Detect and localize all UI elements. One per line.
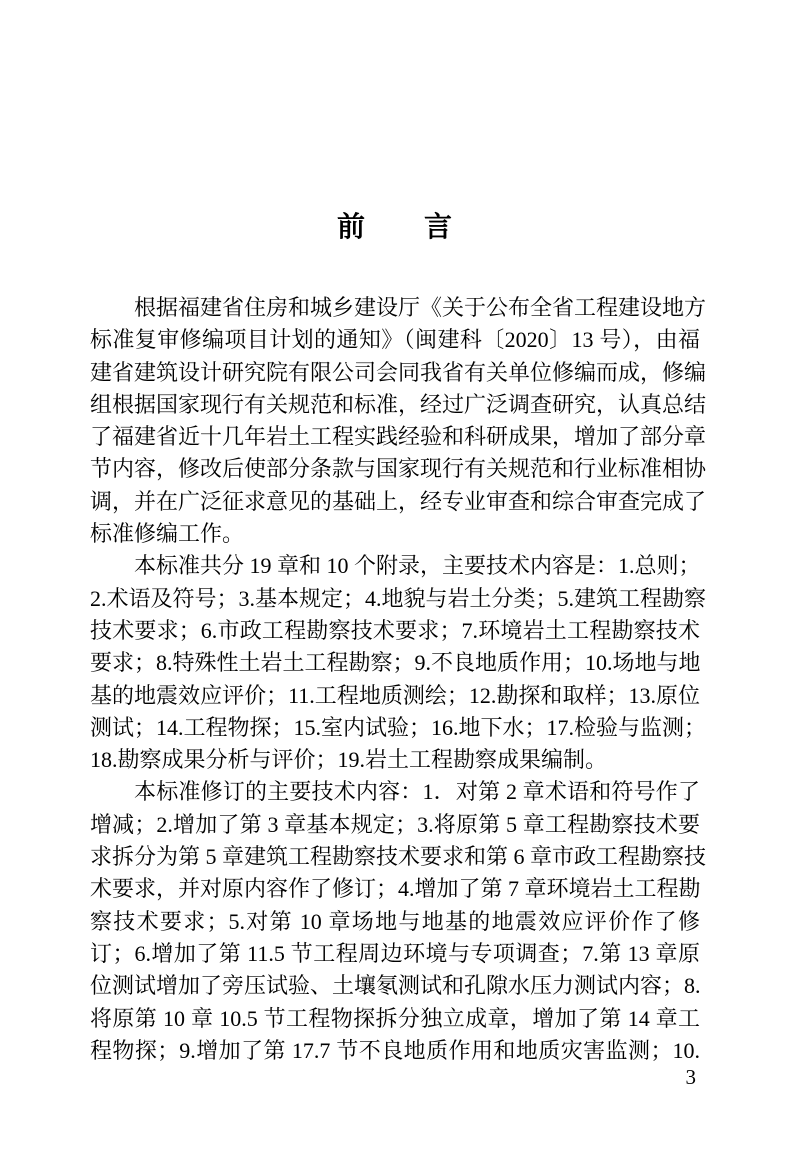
text-line: 术要求，并对原内容作了修订；4.增加了第 7 章环境岩土工程勘 (90, 873, 700, 905)
text-line: 了福建省近十几年岩土工程实践经验和科研成果，增加了部分章 (90, 421, 700, 453)
page-number: 3 (90, 1062, 696, 1092)
page-title: 前 言 (90, 206, 700, 250)
text-line: 本标准修订的主要技术内容：1．对第 2 章术语和符号作了 (90, 776, 700, 808)
text-line: 18.勘察成果分析与评价；19.岩土工程勘察成果编制。 (90, 744, 700, 776)
text-line: 根据福建省住房和城乡建设厅《关于公布全省工程建设地方 (90, 292, 700, 324)
text-line: 建省建筑设计研究院有限公司会同我省有关单位修编而成，修编 (90, 357, 700, 389)
text-line: 求拆分为第 5 章建筑工程勘察技术要求和第 6 章市政工程勘察技 (90, 841, 700, 873)
text-line: 察技术要求；5.对第 10 章场地与地基的地震效应评价作了修 (90, 906, 700, 938)
text-line: 节内容，修改后使部分条款与国家现行有关规范和行业标准相协 (90, 453, 700, 485)
paragraph-revisions: 本标准修订的主要技术内容：1．对第 2 章术语和符号作了增减；2.增加了第 3 … (90, 776, 700, 1067)
text-line: 将原第 10 章 10.5 节工程物探拆分独立成章，增加了第 14 章工 (90, 1003, 700, 1035)
text-line: 组根据国家现行有关规范和标准，经过广泛调查研究，认真总结 (90, 389, 700, 421)
text-line: 测试；14.工程物探；15.室内试验；16.地下水；17.检验与监测； (90, 712, 700, 744)
text-line: 本标准共分 19 章和 10 个附录，主要技术内容是：1.总则； (90, 550, 700, 582)
paragraph-contents: 本标准共分 19 章和 10 个附录，主要技术内容是：1.总则；2.术语及符号；… (90, 550, 700, 776)
text-line: 标准复审修编项目计划的通知》（闽建科〔2020〕13 号），由福 (90, 324, 700, 356)
paragraph-intro: 根据福建省住房和城乡建设厅《关于公布全省工程建设地方标准复审修编项目计划的通知》… (90, 292, 700, 550)
text-line: 增减；2.增加了第 3 章基本规定；3.将原第 5 章工程勘察技术要 (90, 809, 700, 841)
text-line: 技术要求；6.市政工程勘察技术要求；7.环境岩土工程勘察技术 (90, 615, 700, 647)
document-page: 前 言 根据福建省住房和城乡建设厅《关于公布全省工程建设地方标准复审修编项目计划… (0, 0, 800, 1161)
text-line: 标准修编工作。 (90, 518, 700, 550)
text-line: 基的地震效应评价；11.工程地质测绘；12.勘探和取样；13.原位 (90, 680, 700, 712)
text-line: 位测试增加了旁压试验、土壤氡测试和孔隙水压力测试内容；8. (90, 970, 700, 1002)
text-line: 要求；8.特殊性土岩土工程勘察；9.不良地质作用；10.场地与地 (90, 647, 700, 679)
document-body: 根据福建省住房和城乡建设厅《关于公布全省工程建设地方标准复审修编项目计划的通知》… (90, 292, 700, 1067)
text-line: 2.术语及符号；3.基本规定；4.地貌与岩土分类；5.建筑工程勘察 (90, 583, 700, 615)
text-line: 调，并在广泛征求意见的基础上，经专业审查和综合审查完成了 (90, 486, 700, 518)
text-line: 订；6.增加了第 11.5 节工程周边环境与专项调查；7.第 13 章原 (90, 938, 700, 970)
